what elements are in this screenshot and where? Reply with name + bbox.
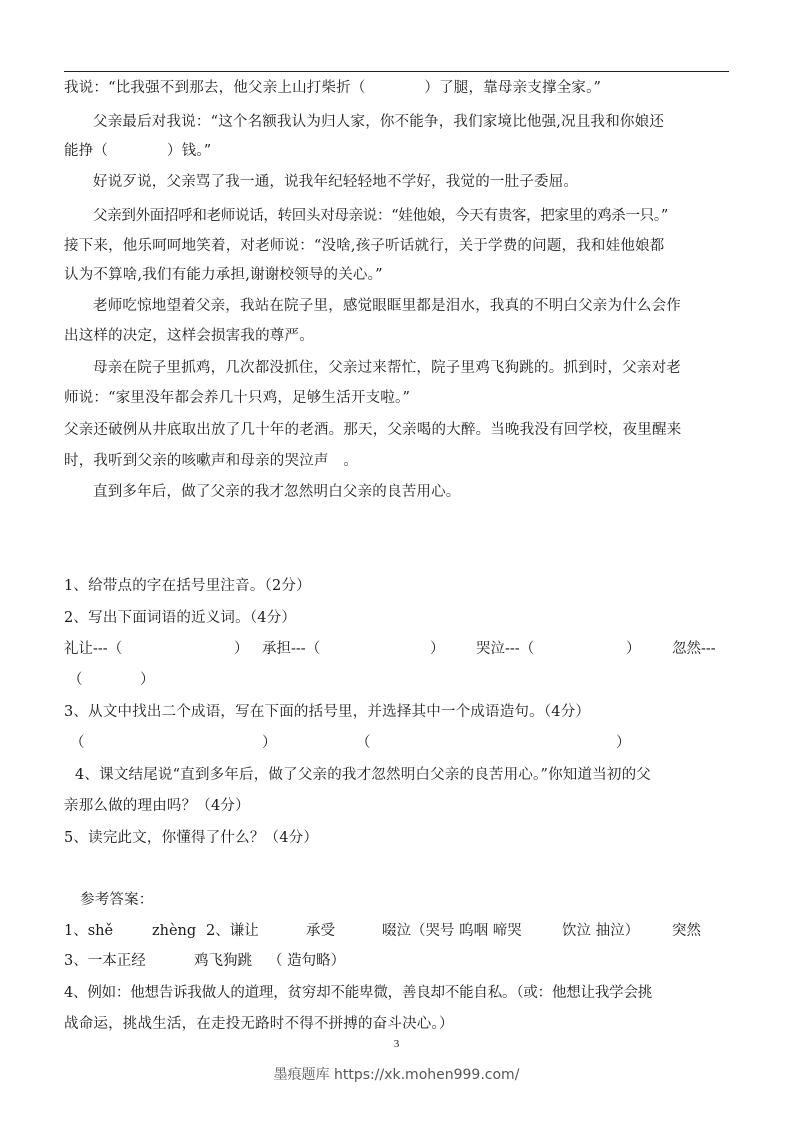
footer-watermark: 墨痕题库 https://xk.mohen999.com/ xyxy=(0,1064,793,1084)
q3-bracket-open: （ xyxy=(356,733,371,753)
passage-line: 认为不算啥,我们有能力承担,谢谢校领导的关心。” xyxy=(64,265,383,285)
answer-3-idiom1: 3、一本正经 xyxy=(64,951,146,971)
passage-line: 能挣（ ）钱。” xyxy=(64,141,211,161)
q2-bracket-close: ） xyxy=(626,639,641,659)
answer-2-chuoqi: 啜泣（哭号 呜咽 啼哭 xyxy=(382,921,522,941)
answer-2-chengshou: 承受 xyxy=(306,921,335,941)
passage-line: 父亲还破例从井底取出放了几十年的老酒。那天，父亲喝的大醉。当晚我没有回学校，夜里… xyxy=(64,420,681,440)
q3-bracket-close: ） xyxy=(262,733,277,753)
passage-line: 老师吃惊地望着父亲，我站在院子里，感觉眼眶里都是泪水，我真的不明白父亲为什么会作 xyxy=(93,296,681,316)
passage-line: 师说：“家里没年都会养几十只鸡，足够生活开支啦。” xyxy=(64,388,410,408)
passage-line: 父亲到外面招呼和老师说话，转回头对母亲说：“娃他娘，今天有贵客，把家里的鸡杀一只… xyxy=(93,206,668,226)
answer-3-idiom2: 鸡飞狗跳 xyxy=(194,951,252,971)
question-3: 3、从文中找出二个成语，写在下面的括号里，并选择其中一个成语造句。（4分） xyxy=(64,702,590,722)
question-5: 5、读完此文，你懂得了什么？（4分） xyxy=(64,828,318,848)
answer-2-qianrang: 2、谦让 xyxy=(206,921,259,941)
question-1: 1、给带点的字在括号里注音。（2分） xyxy=(64,576,311,596)
answer-2-yinqi: 饮泣 抽泣） xyxy=(562,921,639,941)
passage-line: 母亲在院子里抓鸡，几次都没抓住，父亲过来帮忙，院子里鸡飞狗跳的。抓到时，父亲对老 xyxy=(93,358,681,378)
passage-line: 我说：“比我强不到那去，他父亲上山打柴折（ ）了腿，靠母亲支撑全家。” xyxy=(64,78,601,98)
q3-bracket-close: ） xyxy=(616,733,631,753)
answer-1-she: 1、shě xyxy=(64,921,113,941)
answer-4: 4、例如：他想告诉我做人的道理，贫穷却不能卑微，善良却不能自私。（或：他想让我学… xyxy=(64,983,652,1003)
passage-line: 时，我听到父亲的咳嗽声和母亲的哭泣声 。 xyxy=(64,451,358,471)
q2-bracket-close: ） xyxy=(430,639,445,659)
answer-1-zheng: zhèng xyxy=(152,921,196,941)
question-4: 4、课文结尾说“直到多年后，做了父亲的我才忽然明白父亲的良苦用心。”你知道当初的… xyxy=(75,765,651,785)
passage-line: 直到多年后，做了父亲的我才忽然明白父亲的良苦用心。 xyxy=(93,482,461,502)
answer-4-cont: 战命运，挑战生活，在走投无路时不得不拼搏的奋斗决心。） xyxy=(64,1014,454,1034)
answer-key-title: 参考答案： xyxy=(80,890,154,910)
question-4-cont: 亲那么做的理由吗？（4分） xyxy=(64,796,250,816)
q2-bracket-close: ） xyxy=(234,639,249,659)
q2-term-kuqi: 哭泣---（ xyxy=(476,639,534,659)
passage-line: 出这样的决定，这样会损害我的尊严。 xyxy=(64,326,314,346)
question-2: 2、写出下面词语的近义词。（4分） xyxy=(64,608,296,628)
page-number: 3 xyxy=(0,1038,793,1050)
q2-term-chengdan: 承担---（ xyxy=(262,639,320,659)
passage-line: 父亲最后对我说：“这个名额我认为归人家，你不能争，我们家境比他强,况且我和你娘还 xyxy=(93,112,664,132)
q2-term-huran: 忽然--- xyxy=(672,639,716,659)
passage-line: 接下来，他乐呵呵地笑着，对老师说：“没啥,孩子听话就行，关于学费的问题，我和娃他… xyxy=(64,236,664,256)
q3-bracket-open: （ xyxy=(70,733,85,753)
header-rule xyxy=(64,71,729,72)
answer-3-note: （ 造句略） xyxy=(268,951,345,971)
q2-term-lirang: 礼让---（ xyxy=(64,639,122,659)
answer-2-turan: 突然 xyxy=(672,921,701,941)
q2-bracket-open: （ xyxy=(68,670,83,690)
passage-line: 好说歹说，父亲骂了我一通，说我年纪轻轻地不学好，我觉的一肚子委屈。 xyxy=(93,172,578,192)
q2-bracket-close: ） xyxy=(140,670,155,690)
